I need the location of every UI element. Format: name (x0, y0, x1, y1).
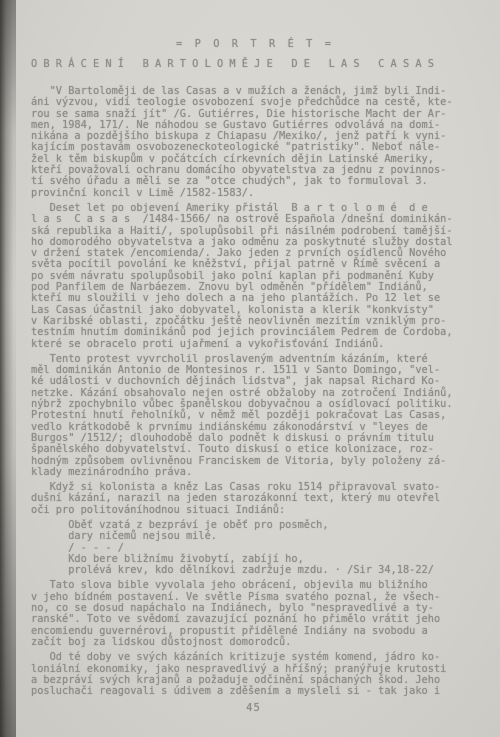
text-line: Od té doby ve svých kázáních kritizuje s… (31, 652, 476, 663)
text-paragraph: "V Bartoloměji de las Casas a v mužích a… (31, 86, 476, 199)
text-line: začít boj za lidskou důstojnost domorodc… (31, 637, 476, 648)
text-line: kteří mu sloužili v jeho dolech a na jeh… (31, 293, 476, 304)
text-line: áni výzvou, vidí teologie osvobození svo… (31, 97, 476, 108)
text-line: provinční koncil v Limě /1582-1583/. (31, 188, 476, 199)
quote-line: dary ničemů nejsou milé. (31, 531, 476, 542)
scanned-page: = P O R T R É T = O B R Á C E N Í B A R … (0, 0, 500, 737)
text-paragraph: Deset let po objevení Ameriky přistál B … (31, 203, 476, 350)
text-line: Protestní hnutí řeholníků, v němž měl po… (31, 410, 476, 421)
quote-line: prolévá krev, kdo dělníkovi zadržuje mzd… (31, 565, 476, 576)
text-line: které se obracelo proti ujařmení a vykoř… (31, 339, 476, 350)
text-line: tí svého úřadu a měli se za "otce chudýc… (31, 176, 476, 187)
quote-block: Oběť vzatá z bezpráví je oběť pro posměc… (31, 520, 476, 576)
text-line: posluchači reagovali s údivem a zděšením… (31, 686, 476, 697)
text-line: ranské". Toto ve svědomí zavazující pozn… (31, 614, 476, 625)
text-line: oči pro politováníhodnou situaci Indiánů… (31, 505, 476, 516)
text-line: l a s C a s a s /1484-1566/ na ostrově E… (31, 214, 476, 225)
article-body: "V Bartoloměji de las Casas a v mužích a… (31, 86, 476, 697)
page-title: = P O R T R É T = (31, 30, 476, 50)
text-paragraph: Když si kolonista a kněz Las Casas roku … (31, 482, 476, 516)
text-line: dušní kázání, narazil na jeden starozáko… (31, 493, 476, 504)
text-paragraph: Od té doby ve svých kázáních kritizuje s… (31, 652, 476, 697)
text-paragraph: Tato slova bible vyvolala jeho obrácení,… (31, 580, 476, 648)
text-line: klady mezinárodního práva. (31, 467, 476, 478)
text-line: španělského dobyvatelství. Touto diskusí… (31, 444, 476, 455)
article-heading: O B R Á C E N Í B A R T O L O M Ě J E D … (31, 58, 476, 70)
scan-edge-shadow (0, 0, 16, 737)
page-content: = P O R T R É T = O B R Á C E N Í B A R … (31, 30, 476, 714)
text-paragraph: Tento protest vyvrcholil proslaveným adv… (31, 354, 476, 478)
text-line: testním hnutím dominikánů pod jejich pro… (31, 327, 476, 338)
page-number: 45 (31, 702, 476, 714)
